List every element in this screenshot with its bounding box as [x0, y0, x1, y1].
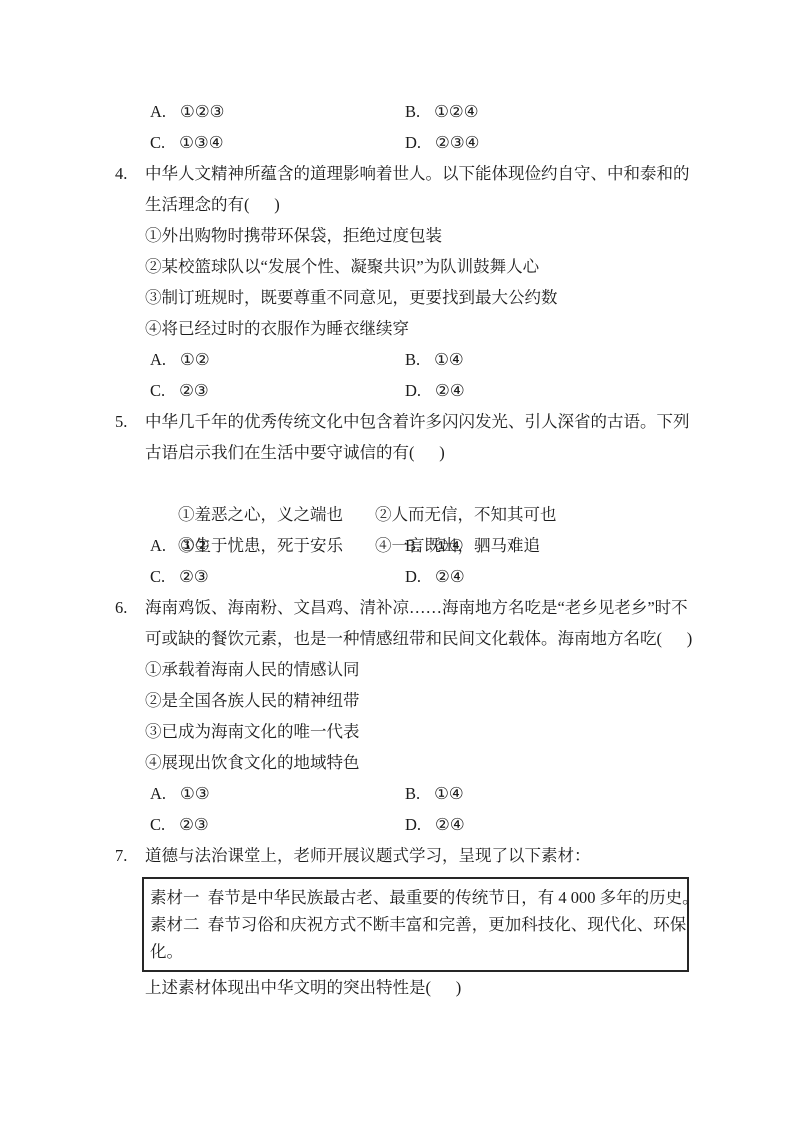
question-stem-line: 4.中华人文精神所蕴含的道理影响着世人。以下能体现俭约自守、中和泰和的: [115, 158, 695, 189]
question-stem-line: 6.海南鸡饭、海南粉、文昌鸡、清补凉……海南地方名吃是“老乡见老乡”时不: [115, 592, 695, 623]
option-label: A.: [150, 344, 166, 375]
question-5: 5.中华几千年的优秀传统文化中包含着许多闪闪发光、引人深省的古语。下列 古语启示…: [115, 406, 695, 592]
option-label: B.: [405, 96, 420, 127]
statement-item: ②是全国各族人民的精神纽带: [115, 685, 695, 716]
stem-text: 道德与法治课堂上，老师开展议题式学习，呈现了以下素材：: [145, 846, 591, 865]
option-label: B.: [405, 530, 420, 561]
option-value: ①④: [434, 350, 464, 369]
option-label: A.: [150, 530, 166, 561]
question-stem-line: 5.中华几千年的优秀传统文化中包含着许多闪闪发光、引人深省的古语。下列: [115, 406, 695, 437]
option-value: ②④: [435, 381, 465, 400]
option-label: B.: [405, 778, 420, 809]
question-stem-line: 生活理念的有( ): [115, 189, 695, 220]
option-label: A.: [150, 778, 166, 809]
statement-item: ④展现出饮食文化的地域特色: [115, 747, 695, 778]
material-line: 素材一 春节是中华民族最古老、最重要的传统节日，有 4 000 多年的历史。: [150, 884, 679, 911]
option-label: C.: [150, 127, 165, 158]
option-b: B.①②④: [405, 96, 479, 127]
option-value: ①③: [180, 784, 210, 803]
option-c: C.②③: [150, 375, 405, 406]
option-value: ①④: [434, 784, 464, 803]
material-box: 素材一 春节是中华民族最古老、最重要的传统节日，有 4 000 多年的历史。 素…: [142, 877, 689, 972]
option-value: ①②: [180, 536, 210, 555]
option-value: ②③: [179, 815, 209, 834]
options-row: C.②③ D.②④: [115, 809, 695, 840]
question-stem-line: 7.道德与法治课堂上，老师开展议题式学习，呈现了以下素材：: [115, 840, 695, 871]
option-c: C.②③: [150, 561, 405, 592]
material-line: 素材二 春节习俗和庆祝方式不断丰富和完善，更加科技化、现代化、环保: [150, 911, 679, 938]
option-b: B.①④: [405, 344, 464, 375]
question-7: 7.道德与法治课堂上，老师开展议题式学习，呈现了以下素材： 素材一 春节是中华民…: [115, 840, 695, 1003]
option-label: A.: [150, 96, 166, 127]
question-number: 4.: [115, 158, 145, 189]
question-3-options: A.①②③ B.①②④ C.①③④ D.②③④: [115, 96, 695, 158]
option-value: ①③④: [179, 133, 223, 152]
stem-text: 中华人文精神所蕴含的道理影响着世人。以下能体现俭约自守、中和泰和的: [145, 164, 690, 183]
option-d: D.②④: [405, 561, 465, 592]
statement-item: ②人而无信，不知其可也: [375, 505, 557, 524]
options-row: C.②③ D.②④: [115, 375, 695, 406]
question-4: 4.中华人文精神所蕴含的道理影响着世人。以下能体现俭约自守、中和泰和的 生活理念…: [115, 158, 695, 406]
options-row: A.①②③ B.①②④: [115, 96, 695, 127]
statement-item: ③制订班规时，既要尊重不同意见，更要找到最大公约数: [115, 282, 695, 313]
option-c: C.①③④: [150, 127, 405, 158]
option-value: ②④: [435, 567, 465, 586]
question-number: 7.: [115, 840, 145, 871]
option-a: A.①③: [150, 778, 405, 809]
question-stem-line: 可或缺的餐饮元素，也是一种情感纽带和民间文化载体。海南地方名吃( ): [115, 623, 695, 654]
options-row: A.①② B.①④: [115, 530, 695, 561]
option-value: ①②: [180, 350, 210, 369]
options-row: C.②③ D.②④: [115, 561, 695, 592]
option-value: ②③: [179, 567, 209, 586]
option-value: ①④: [434, 536, 464, 555]
statement-item: ④将已经过时的衣服作为睡衣继续穿: [115, 313, 695, 344]
stem-text: 中华几千年的优秀传统文化中包含着许多闪闪发光、引人深省的古语。下列: [145, 412, 690, 431]
options-row: C.①③④ D.②③④: [115, 127, 695, 158]
exam-content: A.①②③ B.①②④ C.①③④ D.②③④ 4.中华人文精神所蕴含的道理影响…: [115, 96, 695, 1003]
option-d: D.②④: [405, 809, 465, 840]
option-label: B.: [405, 344, 420, 375]
option-a: A.①②: [150, 530, 405, 561]
option-b: B.①④: [405, 778, 464, 809]
option-value: ②④: [435, 815, 465, 834]
option-label: D.: [405, 561, 421, 592]
question-number: 6.: [115, 592, 145, 623]
option-label: D.: [405, 375, 421, 406]
option-label: C.: [150, 375, 165, 406]
statement-item: ①羞恶之心，义之端也: [178, 499, 375, 530]
option-value: ②③: [179, 381, 209, 400]
question-number: 5.: [115, 406, 145, 437]
option-value: ①②③: [180, 102, 224, 121]
option-a: A.①②: [150, 344, 405, 375]
option-d: D.②③④: [405, 127, 479, 158]
statement-item: ③已成为海南文化的唯一代表: [115, 716, 695, 747]
option-value: ②③④: [435, 133, 479, 152]
option-label: C.: [150, 561, 165, 592]
material-line: 化。: [150, 938, 679, 965]
option-label: D.: [405, 127, 421, 158]
option-label: D.: [405, 809, 421, 840]
statement-pair-row: ①羞恶之心，义之端也②人而无信，不知其可也: [115, 468, 695, 499]
option-d: D.②④: [405, 375, 465, 406]
statement-item: ①承载着海南人民的情感认同: [115, 654, 695, 685]
option-b: B.①④: [405, 530, 464, 561]
option-c: C.②③: [150, 809, 405, 840]
statement-item: ②某校篮球队以“发展个性、凝聚共识”为队训鼓舞人心: [115, 251, 695, 282]
question-6: 6.海南鸡饭、海南粉、文昌鸡、清补凉……海南地方名吃是“老乡见老乡”时不 可或缺…: [115, 592, 695, 840]
stem-text: 海南鸡饭、海南粉、文昌鸡、清补凉……海南地方名吃是“老乡见老乡”时不: [145, 598, 688, 617]
option-a: A.①②③: [150, 96, 405, 127]
statement-item: ①外出购物时携带环保袋，拒绝过度包装: [115, 220, 695, 251]
options-row: A.①② B.①④: [115, 344, 695, 375]
question-closing-line: 上述素材体现出中华文明的突出特性是( ): [115, 972, 695, 1003]
options-row: A.①③ B.①④: [115, 778, 695, 809]
option-label: C.: [150, 809, 165, 840]
question-stem-line: 古语启示我们在生活中要守诚信的有( ): [115, 437, 695, 468]
option-value: ①②④: [434, 102, 478, 121]
exam-page: A.①②③ B.①②④ C.①③④ D.②③④ 4.中华人文精神所蕴含的道理影响…: [0, 0, 793, 1122]
